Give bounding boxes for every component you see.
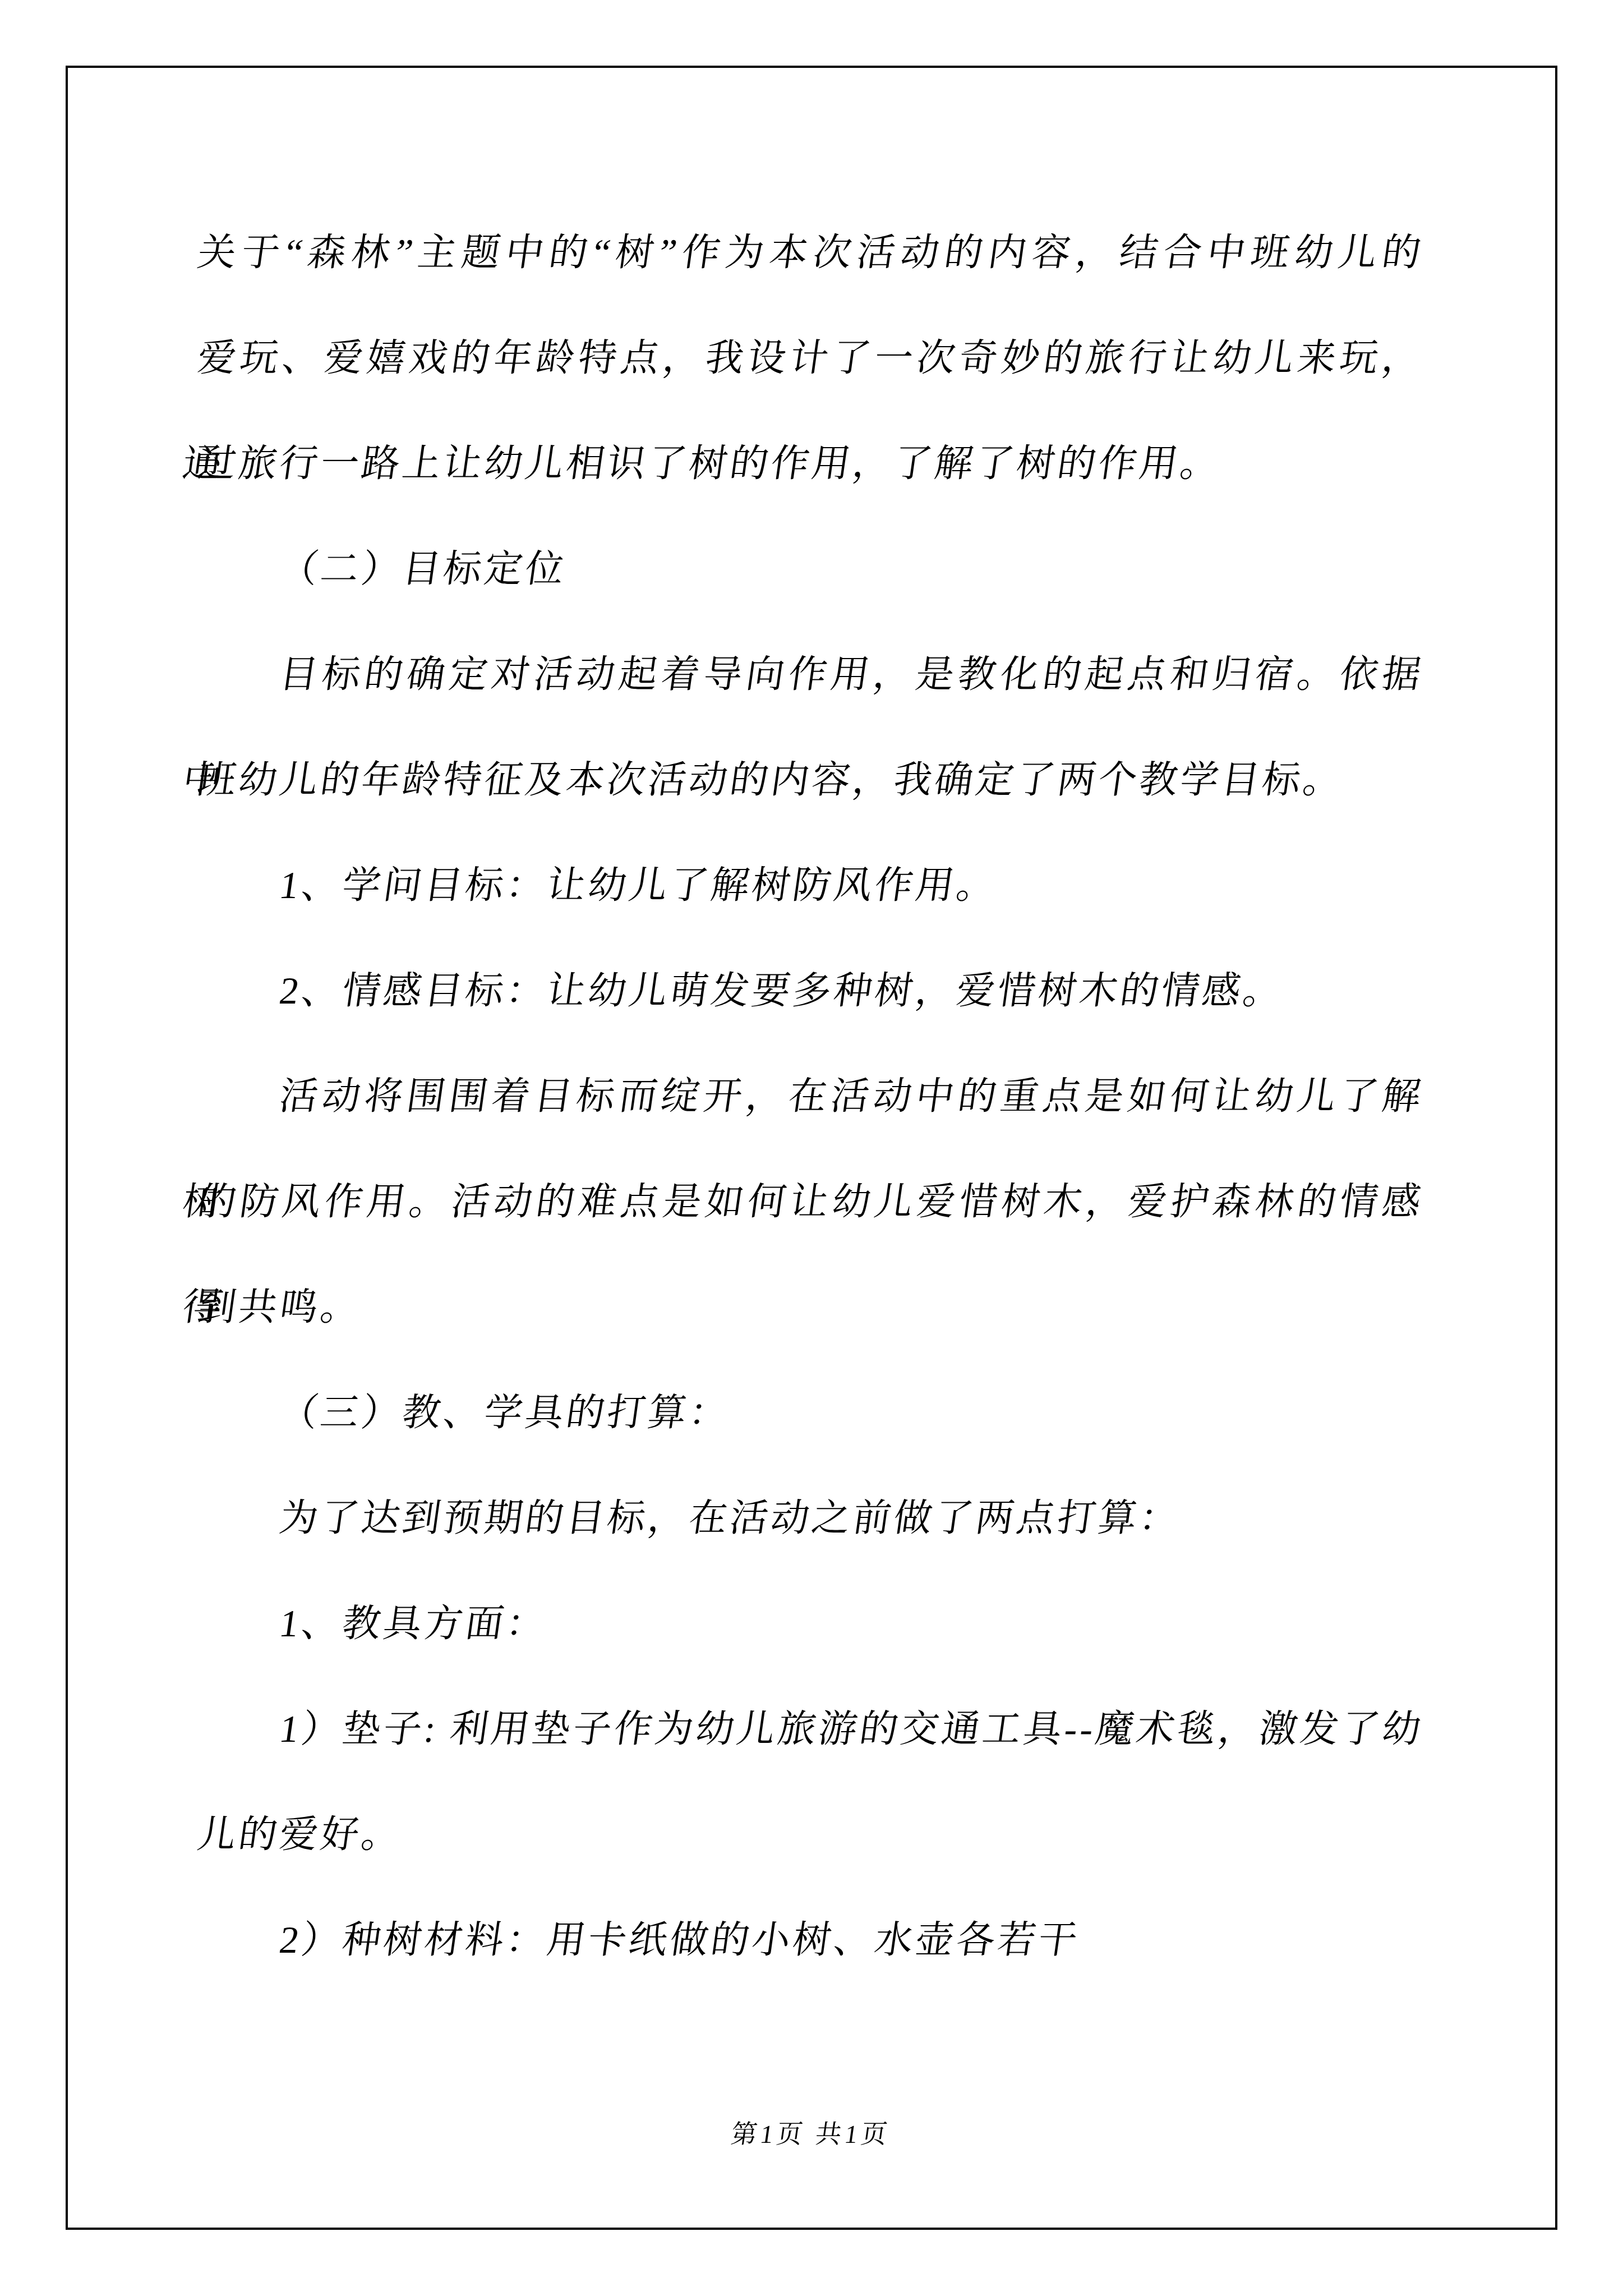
footer-page-label: 第1页 共1页 (729, 2120, 892, 2148)
text-line: 的防风作用。活动的难点是如何让幼儿爱惜树木，爱护森林的情感得 (191, 1149, 1431, 1254)
text-line: 到共鸣。 (191, 1254, 1431, 1360)
text-line: 目标的确定对活动起着导向作用，是教化的起点和归宿。依据中 (191, 622, 1431, 727)
text-line: 1、教具方面： (191, 1571, 1431, 1676)
text-line: 2）种树材料：用卡纸做的小树、水壶各若干 (191, 1887, 1431, 1993)
text-line: 1）垫子: 利用垫子作为幼儿旅游的交通工具--魔术毯，激发了幼 (191, 1676, 1431, 1782)
document-page: 关于“森林”主题中的“树”作为本次活动的内容，结合中班幼儿的 爱玩、爱嬉戏的年龄… (0, 0, 1623, 2296)
text-line: （二）目标定位 (191, 516, 1431, 622)
document-text: 关于“森林”主题中的“树”作为本次活动的内容，结合中班幼儿的 爱玩、爱嬉戏的年龄… (198, 200, 1423, 1993)
text-line: 爱玩、爱嬉戏的年龄特点，我设计了一次奇妙的旅行让幼儿来玩，通 (191, 305, 1431, 411)
text-line: 为了达到预期的目标，在活动之前做了两点打算： (191, 1465, 1431, 1571)
text-line: 2、情感目标：让幼儿萌发要多种树，爱惜树木的情感。 (191, 938, 1431, 1043)
text-line: 班幼儿的年龄特征及本次活动的内容，我确定了两个教学目标。 (191, 727, 1431, 832)
text-line: 1、学问目标：让幼儿了解树防风作用。 (191, 832, 1431, 938)
text-line: （三）教、学具的打算： (191, 1360, 1431, 1465)
text-line: 关于“森林”主题中的“树”作为本次活动的内容，结合中班幼儿的 (191, 200, 1431, 305)
page-footer: 第1页 共1页 (195, 2115, 1426, 2154)
text-line: 儿的爱好。 (191, 1782, 1431, 1887)
text-line: 活动将围围着目标而绽开，在活动中的重点是如何让幼儿了解树 (191, 1043, 1431, 1149)
text-line: 过旅行一路上让幼儿相识了树的作用，了解了树的作用。 (191, 411, 1431, 516)
